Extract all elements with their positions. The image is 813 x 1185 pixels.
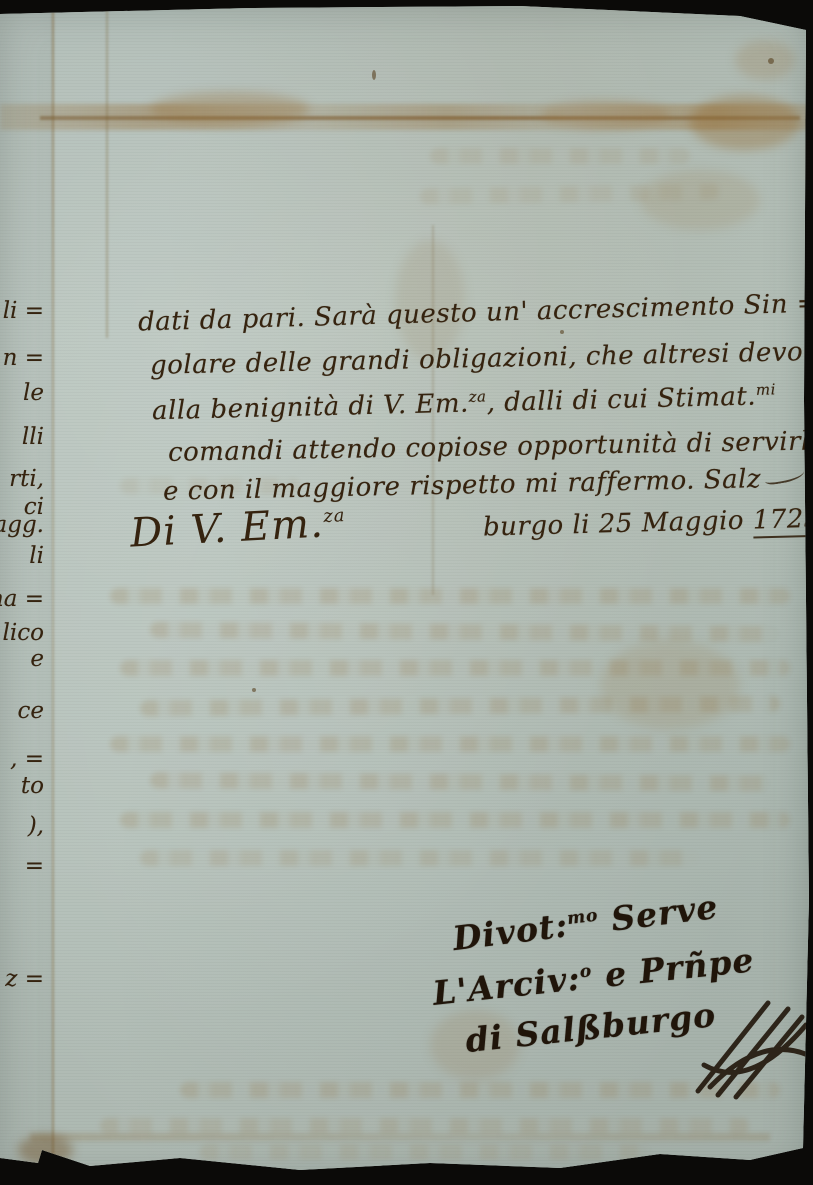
letter-line-3-text-b: , dalli di cui Stimat. [486,382,756,419]
stain [600,640,740,730]
ink-speck [372,70,376,80]
letter-dateline: burgo li 25 Maggio 1723. [483,503,813,542]
ink-bleed-through [430,148,690,164]
ink-bleed-through [140,850,700,866]
ink-speck [252,688,256,692]
signature-line-2-text-b: e Prñpe [591,940,756,996]
letter-line-4: comandi attendo copiose opportunità di s… [168,426,813,468]
page-edge-crease [52,10,54,1160]
letter-line-3-sup-a: za [468,387,486,405]
fold-crease-bottom [30,1133,770,1141]
signature-flourish [690,995,813,1100]
ink-bleed-through [100,1118,750,1134]
adjacent-page-text-fragment: n = [3,345,44,371]
adjacent-page-text-fragment: le [23,380,44,406]
signature-line-1-text-a: Divot: [451,905,571,958]
ink-speck [768,58,774,64]
signature-line-1-text-b: Serve [597,887,721,940]
fold-crease-top-core [40,116,800,120]
adjacent-page-text-fragment: na = [0,586,44,612]
adjacent-page-text-fragment: lico [3,620,44,646]
stain [150,92,310,126]
adjacent-page-text-fragment: to [21,773,44,799]
ink-bleed-through [120,812,790,828]
adjacent-page-text-fragment: = [25,853,44,879]
valediction: Di V. Em.za [129,499,347,556]
adjacent-page-text-fragment: ce [18,698,45,724]
adjacent-page-text-fragment: , = [10,746,44,772]
pen-flourish-dash [764,466,806,486]
dateline-place-day: burgo li 25 Maggio [483,505,753,542]
valediction-text: Di V. Em. [129,501,325,557]
adjacent-page-text-fragment: li [29,543,44,569]
ink-bleed-through [120,660,790,676]
letter-line-1-text: dati da pari. Sarà questo un' accrescime… [138,288,813,337]
ink-bleed-through [110,588,790,604]
dateline-year: 1723 [752,504,813,539]
valediction-sup: za [323,505,346,527]
letter-line-5: e con il maggiore rispetto mi raffermo. … [163,463,806,506]
signature-line-2-text-a: L'Arciv: [431,958,583,1012]
ink-bleed-through [200,1144,650,1160]
ink-bleed-through [110,736,790,752]
adjacent-page-text-fragment: ), [28,813,44,839]
adjacent-page-text-fragment: z = [5,966,44,992]
signature-line-1-sup: mo [566,905,600,929]
ink-speck [560,330,564,334]
manuscript-scan: li =n =lellirti,ciagg.lina =licoece, =to… [0,0,813,1185]
letter-line-3: alla benignità di V. Em.za, dalli di cui… [152,380,777,426]
stain [690,95,800,150]
adjacent-page-text-fragment: lli [22,424,44,450]
stain [735,40,795,80]
ink-bleed-through [150,622,780,642]
letter-line-3-text-a: alla benignità di V. Em. [152,389,469,427]
letter-line-2-text: golare delle grandi obligazioni, che alt… [150,337,804,381]
ink-bleed-through [150,772,770,791]
fold-crease-vertical-left [106,8,108,338]
letter-line-3-sup-b: mi [756,380,776,398]
letter-line-4-text: comandi attendo copiose opportunità di s… [168,426,813,468]
adjacent-page-text-fragment: agg. [0,512,44,538]
adjacent-page-edge: li =n =lellirti,ciagg.lina =licoece, =to… [0,0,52,1185]
adjacent-page-text-fragment: rti, [9,466,44,492]
letter-line-2: golare delle grandi obligazioni, che alt… [150,337,804,381]
letter-line-5-text: e con il maggiore rispetto mi raffermo. … [163,464,762,507]
letter-page: li =n =lellirti,ciagg.lina =licoece, =to… [0,0,813,1185]
adjacent-page-text-fragment: e [30,646,44,672]
stain [18,1135,73,1165]
stain [540,100,670,130]
letter-line-1: dati da pari. Sarà questo un' accrescime… [138,288,813,337]
adjacent-page-text-fragment: li = [3,298,44,324]
